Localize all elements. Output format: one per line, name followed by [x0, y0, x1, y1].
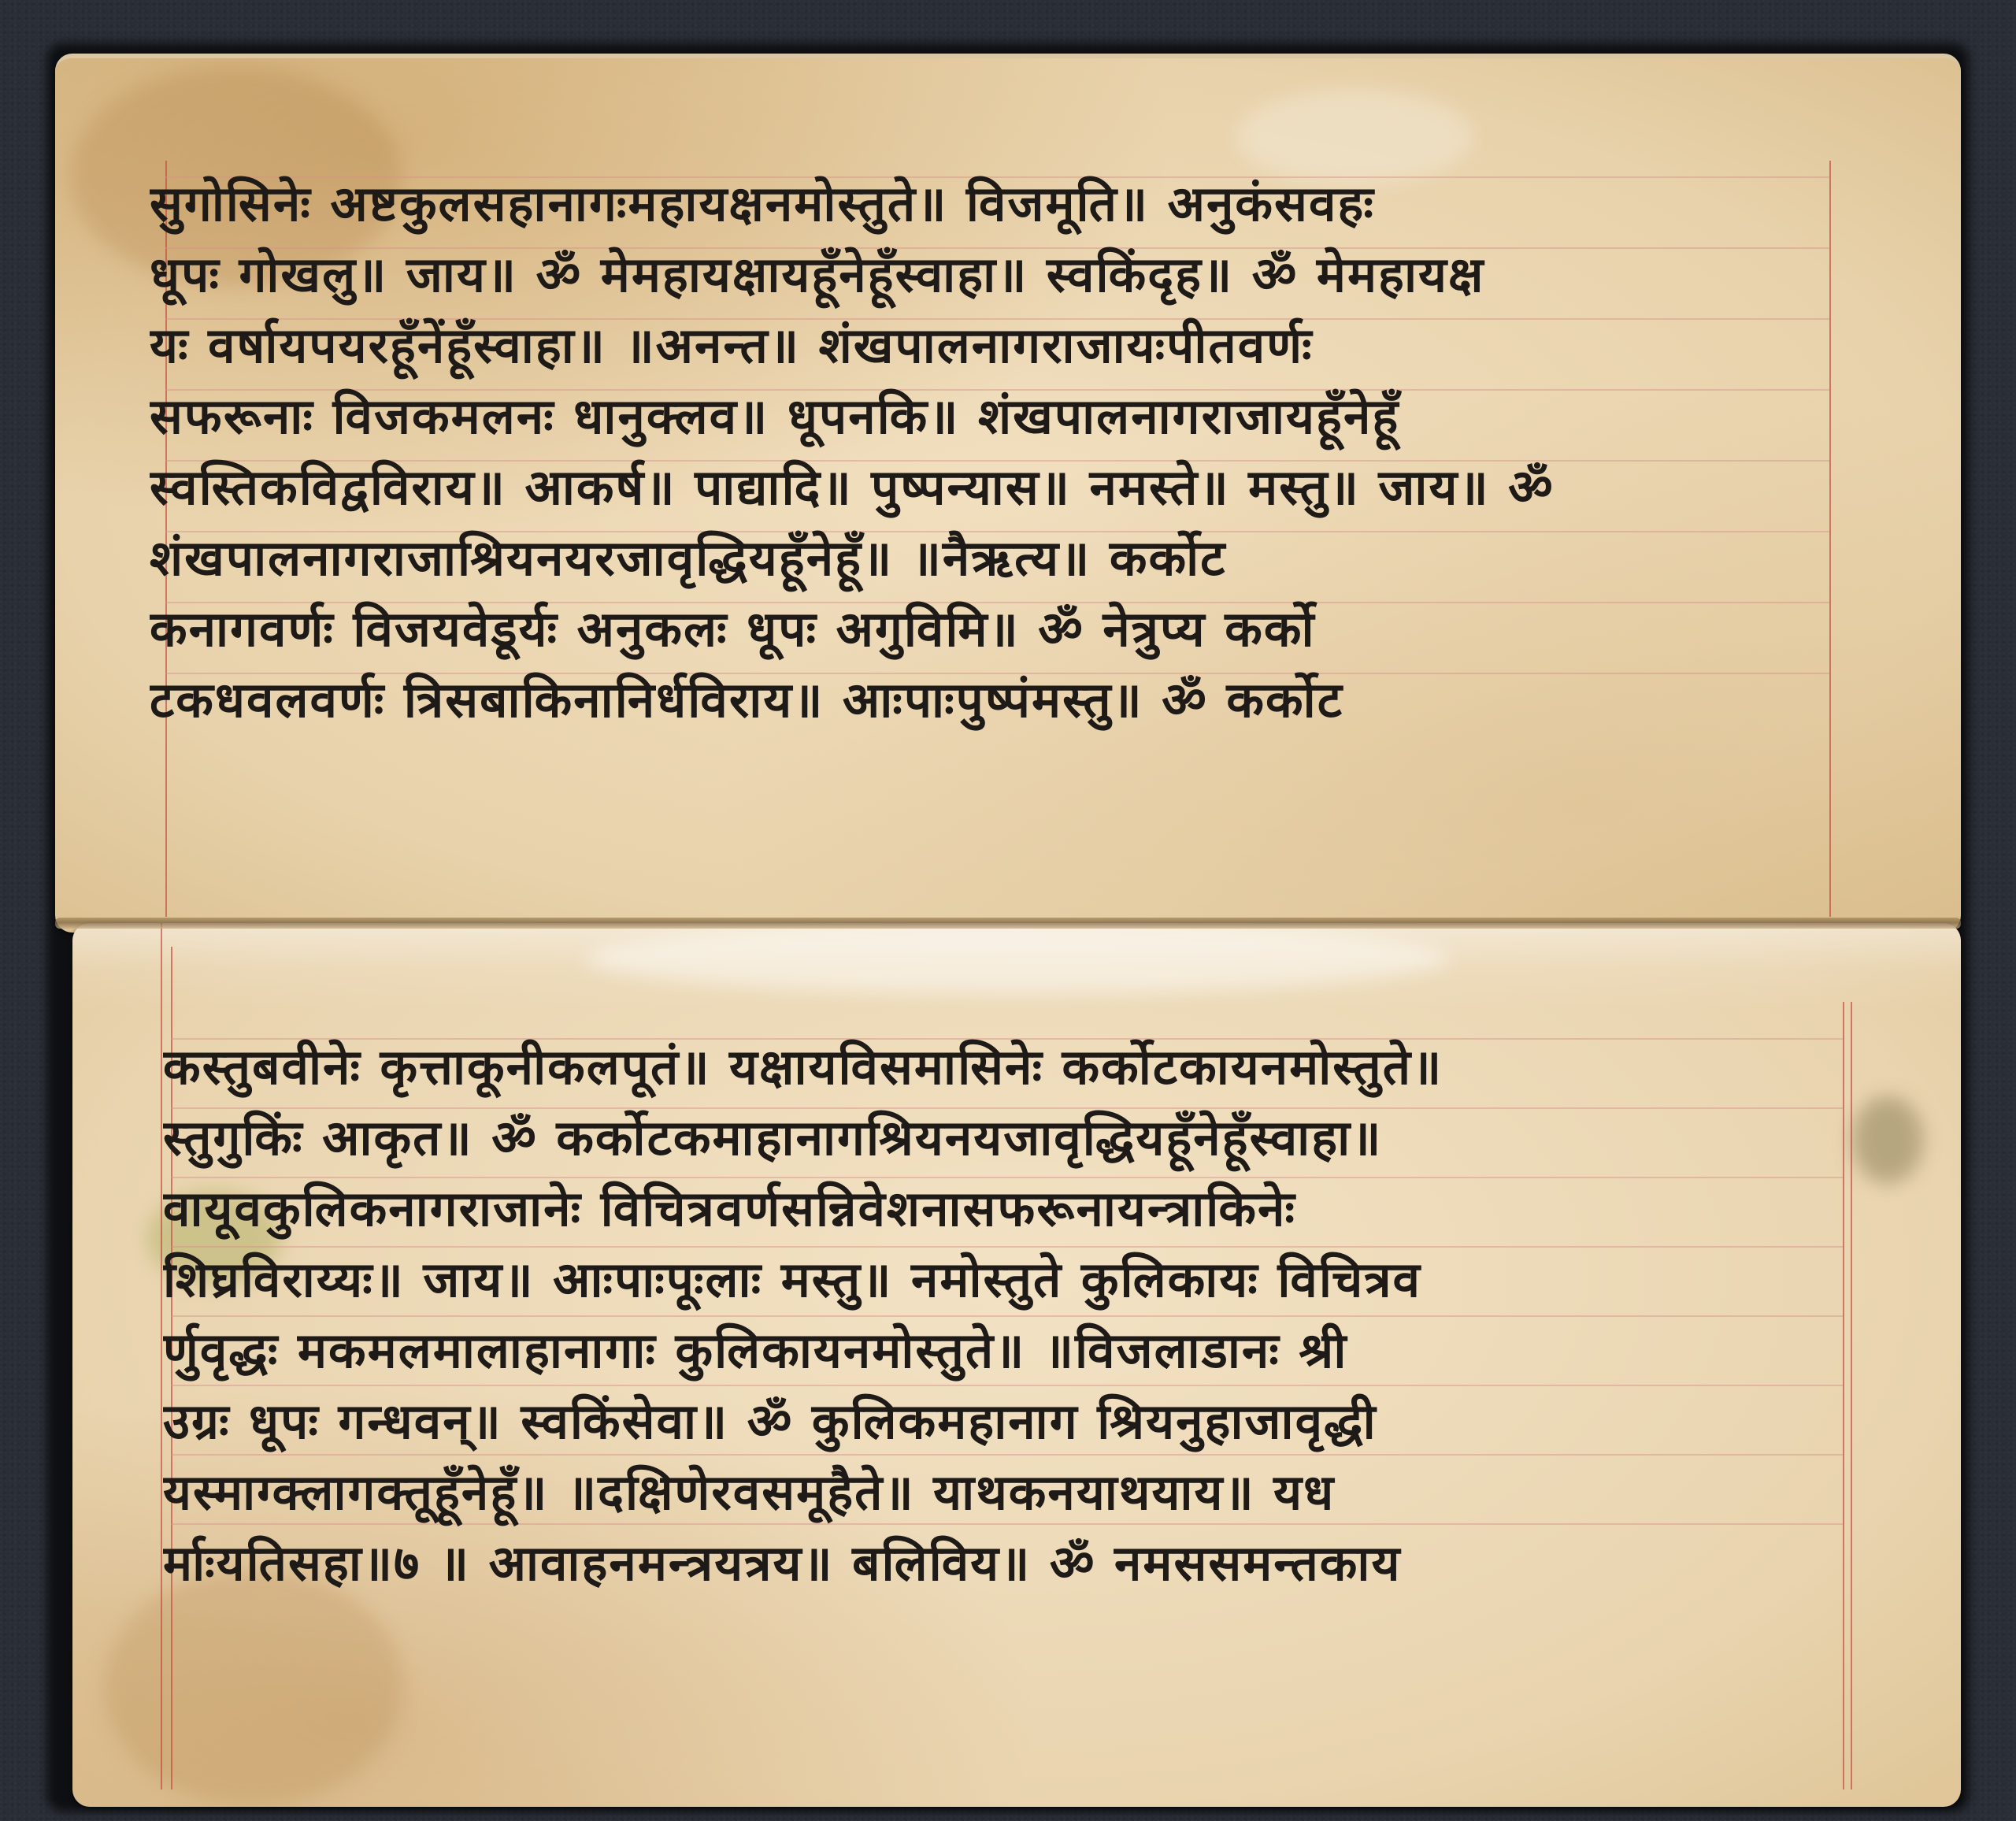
margin-rule-left: [161, 923, 162, 1789]
fold-crease: [55, 918, 1961, 929]
text-line: कस्तुबवीनेः कृत्ताकूनीकलपूतं॥ यक्षायविसम…: [163, 1032, 1961, 1103]
text-line: शंखपालनागराजाश्रियनयरजावृद्धियहूँनेहूँ॥ …: [150, 523, 1953, 594]
text-line: शिघ्रविराय्यः॥ जाय॥ आःपाःपूःलाः मस्तु॥ न…: [163, 1244, 1961, 1315]
text-line: कनागवर्णः विजयवेडूर्यः अनुकलः धूपः अगुवि…: [150, 594, 1953, 665]
text-line: स्तुगुकिंः आकृत॥ ॐ कर्कोटकमाहानागश्रियनय…: [163, 1103, 1961, 1174]
manuscript-text-bottom: कस्तुबवीनेः कृत्ताकूनीकलपूतं॥ यक्षायविसम…: [163, 1032, 1961, 1599]
text-line: टकधवलवर्णः त्रिसबाकिनानिर्धविराय॥ आःपाःप…: [150, 665, 1953, 736]
text-line: यः वर्षायपयरहूँनेंहूँस्वाहा॥ ॥अनन्त॥ शंख…: [150, 310, 1953, 381]
text-line: सफरूनाः विजकमलनः धानुक्लव॥ धूपनकि॥ शंखपा…: [150, 381, 1953, 452]
text-line: धूपः गोखलु॥ जाय॥ ॐ मेमहायक्षायहूँनेहूँस्…: [150, 239, 1953, 310]
manuscript-text-top: सुगोसिनेः अष्टकुलसहानागःमहायक्षनमोस्तुते…: [150, 169, 1953, 736]
text-line: र्माःयतिसहा॥७ ॥ आवाहनमन्त्रयत्रय॥ बलिविय…: [163, 1528, 1961, 1599]
text-line: यस्माग्क्लागक्तूहूँनेहूँ॥ ॥दक्षिणेरवसमूह…: [163, 1457, 1961, 1528]
text-line: उग्रः धूपः गन्धवन्॥ स्वकिंसेवा॥ ॐ कुलिकम…: [163, 1386, 1961, 1457]
text-line: र्णुवृद्धः मकमलमालाहानागाः कुलिकायनमोस्त…: [163, 1315, 1961, 1386]
text-line: स्वस्तिकविद्वविराय॥ आकर्ष॥ पाद्यादि॥ पुष…: [150, 452, 1953, 523]
manuscript-folio-bottom: कस्तुबवीनेः कृत्ताकूनीकलपूतं॥ यक्षायविसम…: [72, 923, 1961, 1807]
text-line: सुगोसिनेः अष्टकुलसहानागःमहायक्षनमोस्तुते…: [150, 169, 1953, 239]
text-line: वायूवकुलिकनागराजानेः विचित्रवर्णसन्निवेश…: [163, 1174, 1961, 1244]
manuscript-folio-top: सुगोसिनेः अष्टकुलसहानागःमहायक्षनमोस्तुते…: [55, 54, 1961, 933]
tape-glare: [584, 923, 1451, 994]
